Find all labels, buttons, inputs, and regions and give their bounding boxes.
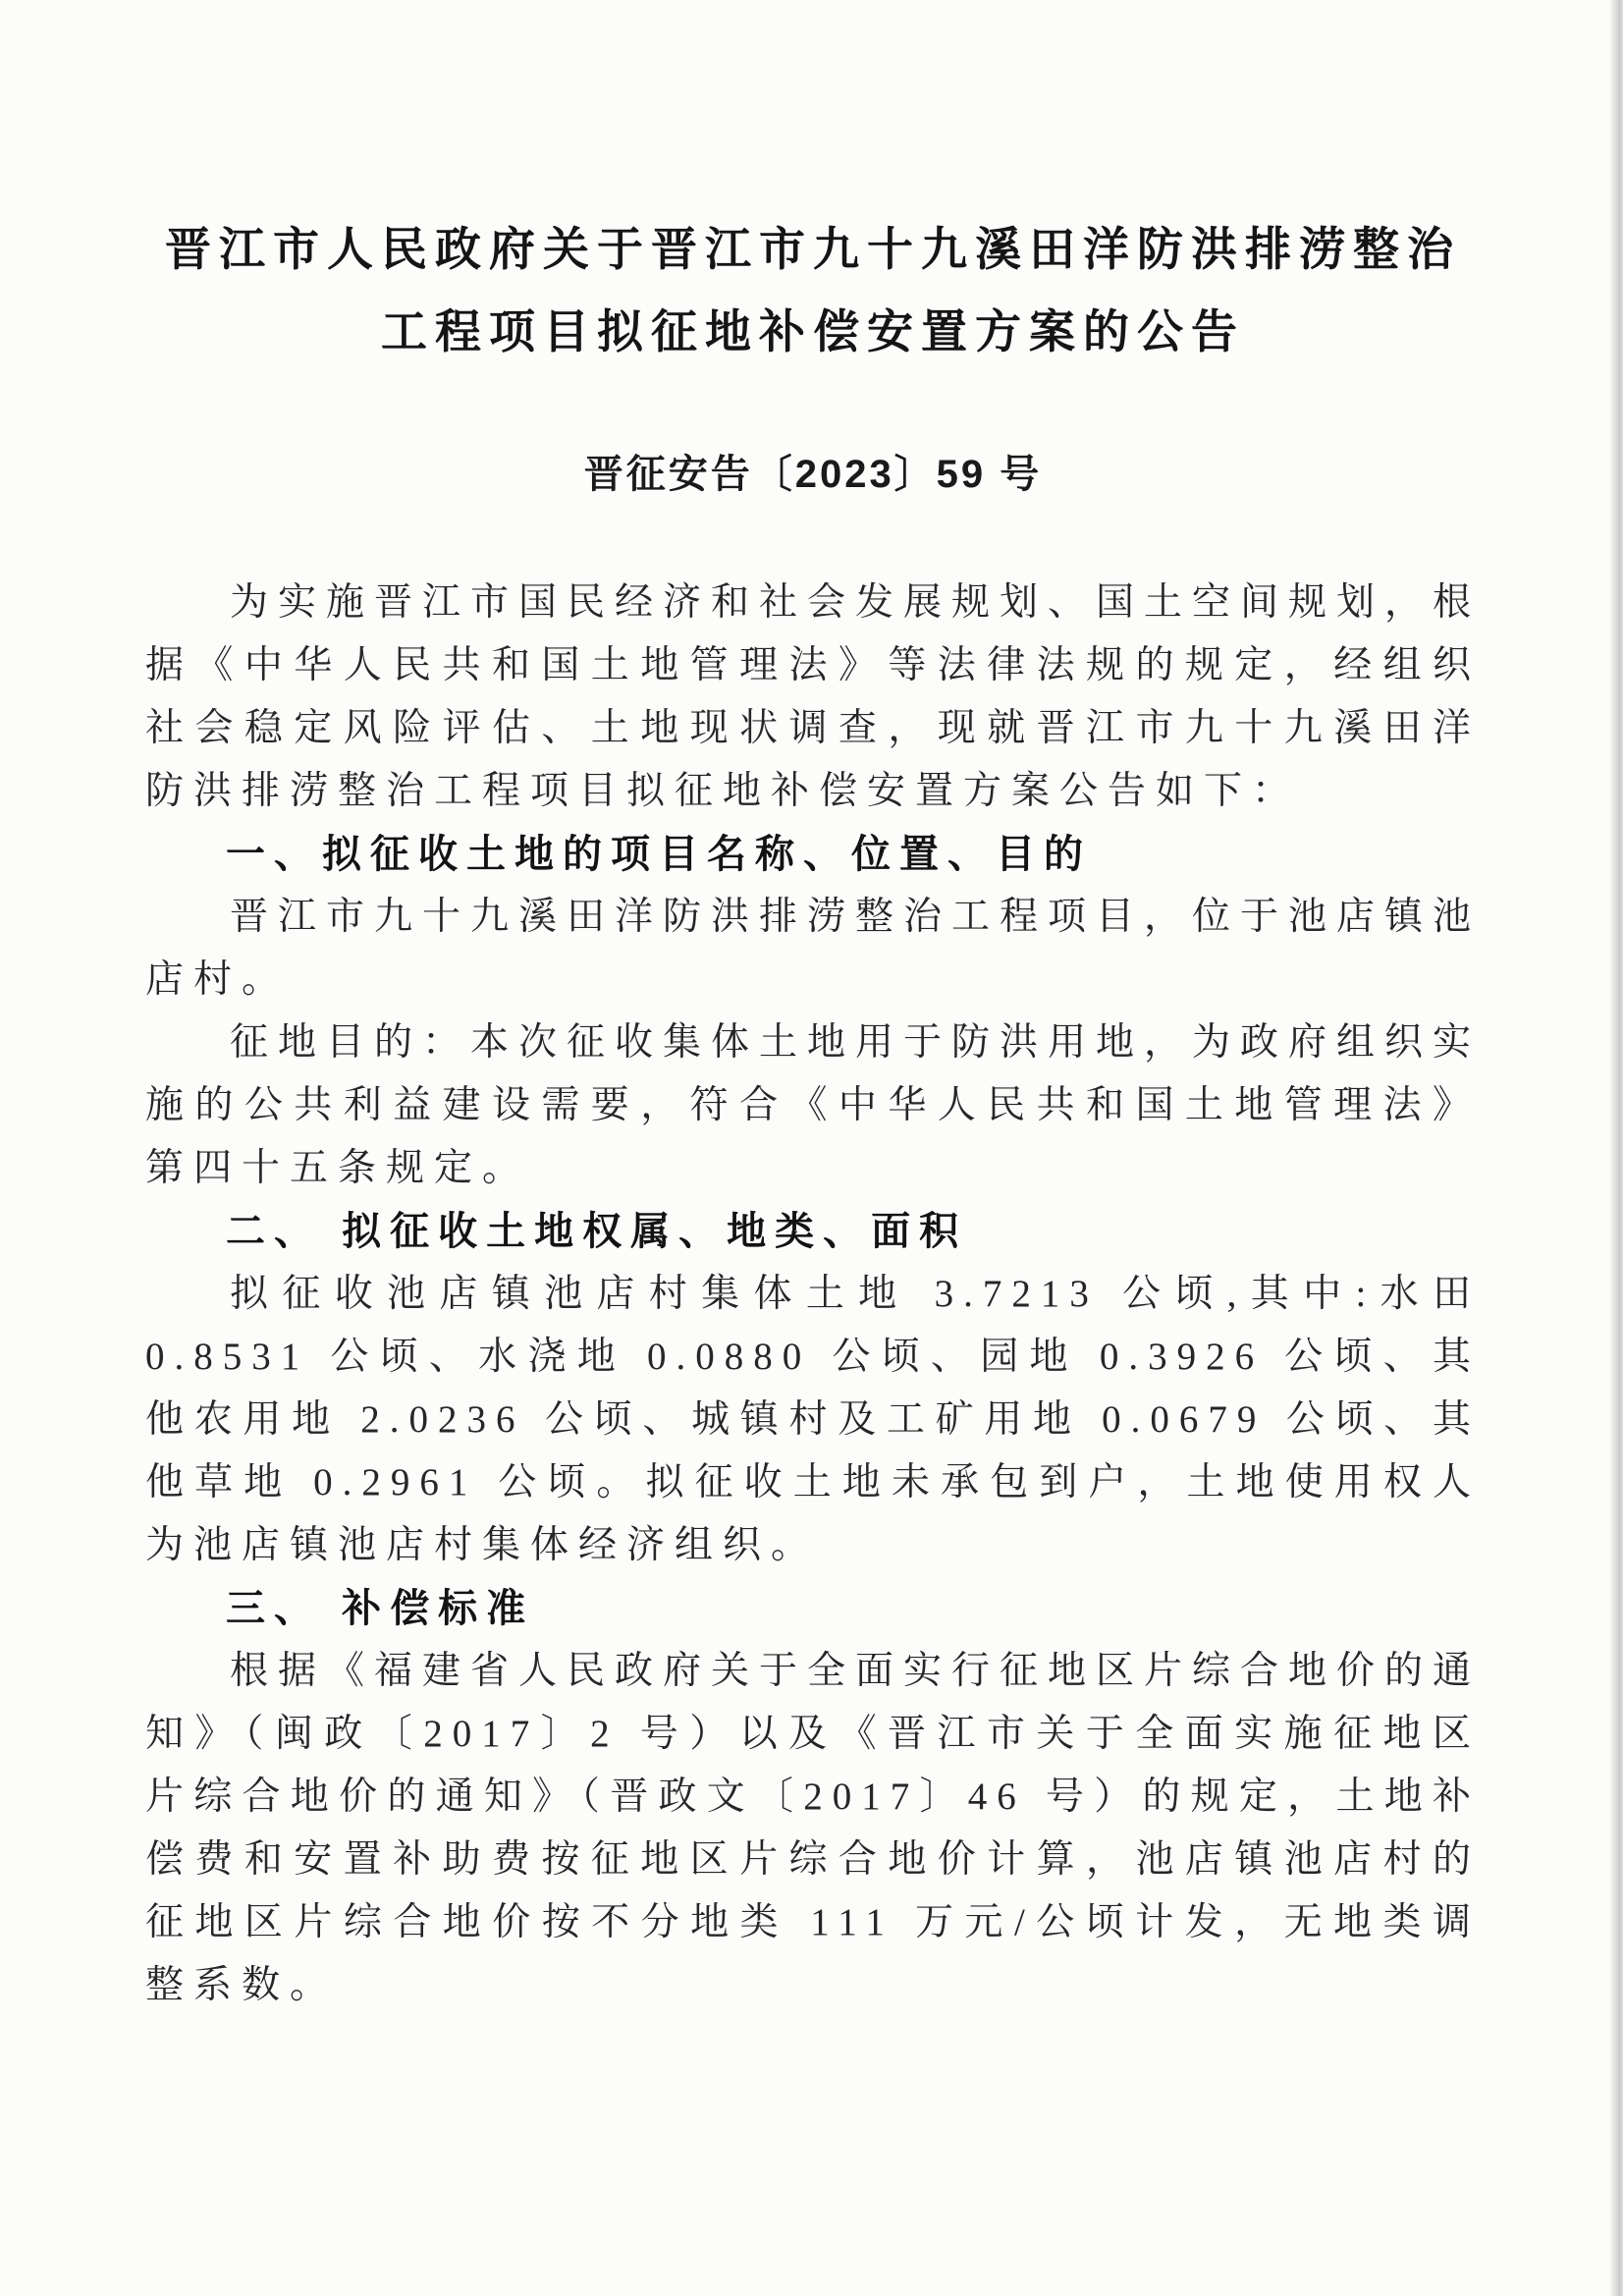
section-3-paragraph-1: 根据《福建省人民政府关于全面实行征地区片综合地价的通知》（闽政〔2017〕2 号… bbox=[145, 1640, 1481, 2017]
scanned-document-page: 晋江市人民政府关于晋江市九十九溪田洋防洪排涝整治 工程项目拟征地补偿安置方案的公… bbox=[0, 0, 1623, 2296]
document-content: 晋江市人民政府关于晋江市九十九溪田洋防洪排涝整治 工程项目拟征地补偿安置方案的公… bbox=[0, 0, 1623, 2017]
section-1-heading: 一、拟征收土地的项目名称、位置、目的 bbox=[145, 823, 1481, 886]
section-2-paragraph-1: 拟征收池店镇池店村集体土地 3.7213 公顷,其中:水田 0.8531 公顷、… bbox=[145, 1263, 1481, 1577]
section-1-paragraph-1: 晋江市九十九溪田洋防洪排涝整治工程项目，位于池店镇池店村。 bbox=[145, 886, 1481, 1011]
document-title-line-2: 工程项目拟征地补偿安置方案的公告 bbox=[145, 291, 1481, 373]
section-3-heading: 三、 补偿标准 bbox=[145, 1577, 1481, 1640]
document-title-line-1: 晋江市人民政府关于晋江市九十九溪田洋防洪排涝整治 bbox=[145, 208, 1481, 291]
intro-paragraph: 为实施晋江市国民经济和社会发展规划、国土空间规划，根据《中华人民共和国土地管理法… bbox=[145, 572, 1481, 823]
section-1-paragraph-2: 征地目的：本次征收集体土地用于防洪用地，为政府组织实施的公共利益建设需要，符合《… bbox=[145, 1011, 1481, 1200]
document-title: 晋江市人民政府关于晋江市九十九溪田洋防洪排涝整治 工程项目拟征地补偿安置方案的公… bbox=[145, 208, 1481, 373]
section-2-heading: 二、 拟征收土地权属、地类、面积 bbox=[145, 1200, 1481, 1263]
document-number: 晋征安告〔2023〕59 号 bbox=[145, 451, 1481, 498]
